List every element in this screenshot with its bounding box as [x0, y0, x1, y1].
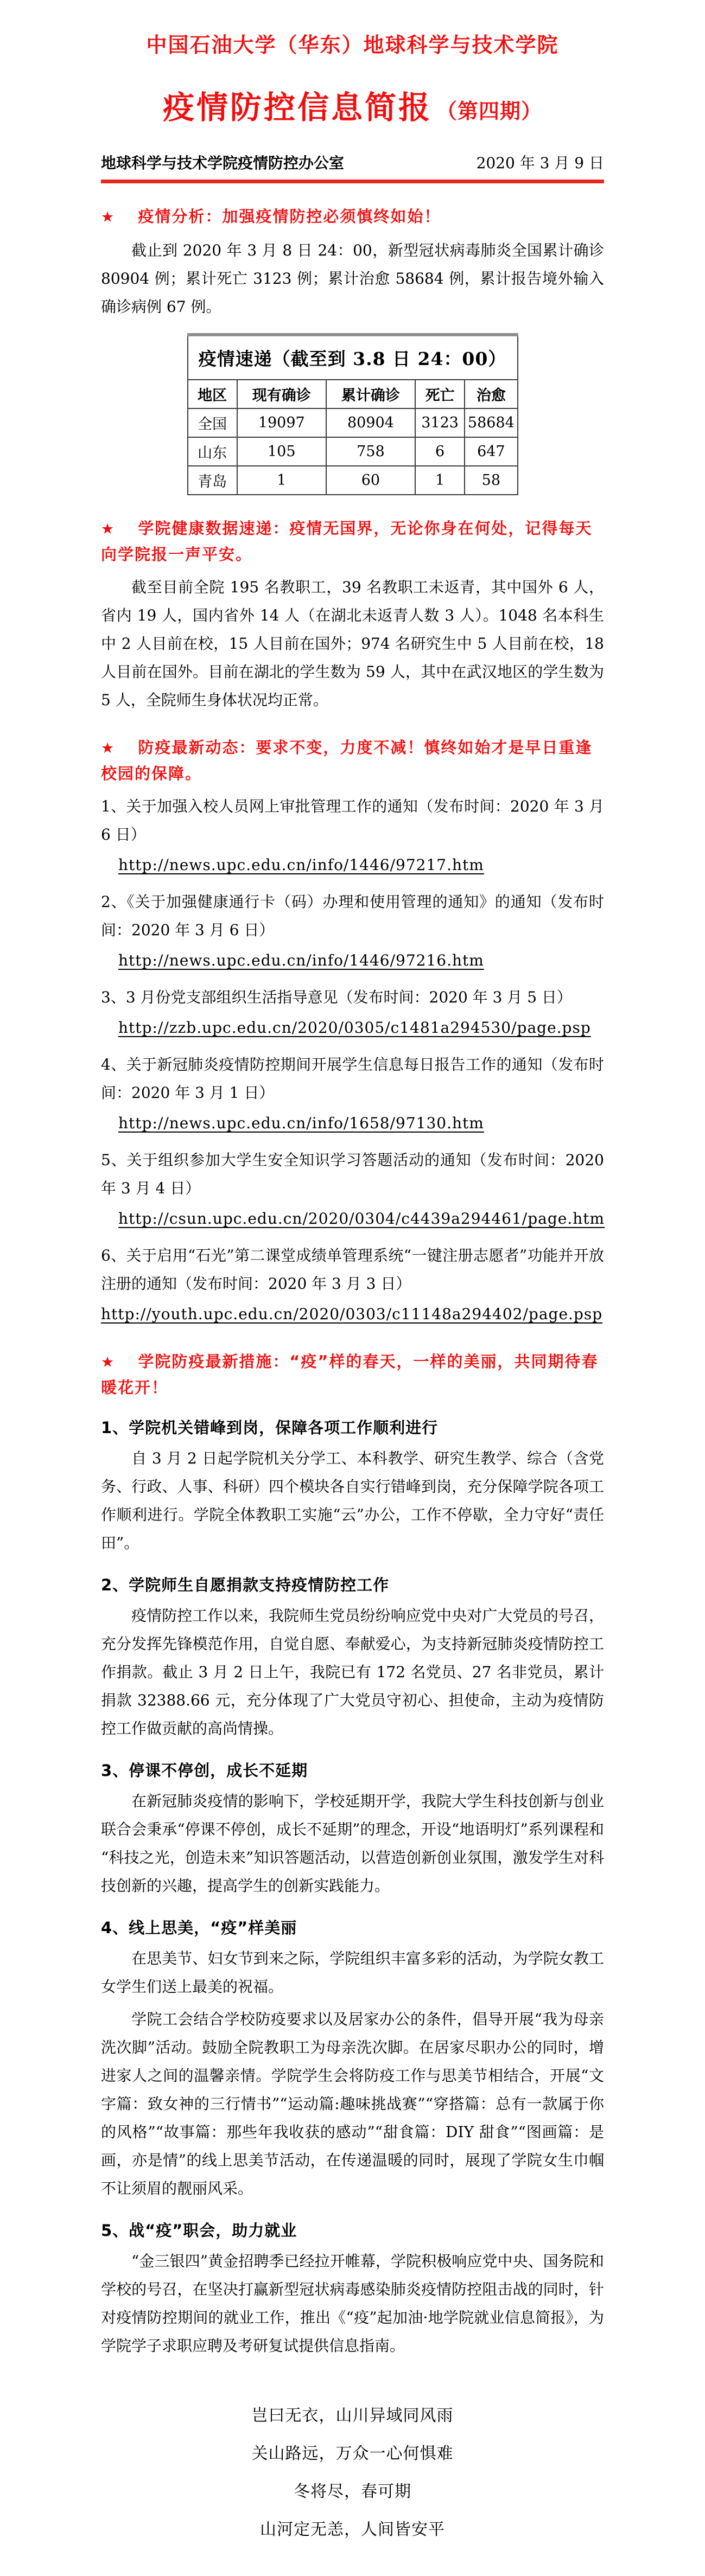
measure-paragraph: 在思美节、妇女节到来之际，学院组织丰富多彩的活动，为学院女教工女学生们送上最美的… — [101, 1945, 604, 2001]
issue-number: （第四期） — [436, 99, 542, 123]
notice-link[interactable]: http://news.upc.edu.cn/info/1446/97217.h… — [118, 856, 484, 874]
document-header: 中国石油大学（华东）地球科学与技术学院 疫情防控信息简报（第四期） 地球科学与技… — [101, 28, 604, 183]
poem-line: 关山路远，万众一心何惧难 — [101, 2440, 604, 2468]
col-header-active-cases: 现有确诊 — [237, 380, 326, 408]
table-row-shandong: 山东 105 758 6 647 — [188, 437, 518, 466]
analysis-paragraph: 截止到 2020 年 3 月 8 日 24：00，新型冠状病毒肺炎全国累计确诊 … — [101, 236, 604, 321]
poem-line: 山河定无恙，人间皆安平 — [101, 2516, 604, 2543]
notice-label: 4、关于新冠肺炎疫情防控期间开展学生信息每日报告工作的通知（发布时间：2020 … — [101, 1051, 604, 1107]
section-prevention-updates-title: 防疫最新动态：要求不变，力度不减！慎终如始才是早日重逢校园的保障。 — [101, 738, 592, 783]
measure-paragraph: 疫情防控工作以来，我院师生党员纷纷响应党中央对广大党员的号召，充分发挥先锋模范作… — [101, 1602, 604, 1743]
cell-cured: 58 — [465, 466, 517, 495]
notice-link[interactable]: http://news.upc.edu.cn/info/1446/97216.h… — [118, 951, 484, 969]
measure-heading: 5、战“疫”职会，助力就业 — [101, 2218, 604, 2243]
section-health-data: ★ 学院健康数据速递：疫情无国界，无论你身在何处，记得每天向学院报一声平安。 截… — [101, 516, 604, 714]
cell-region: 山东 — [188, 437, 237, 466]
epidemic-table-title: 疫情速递（截至到 3.8 日 24：00） — [188, 335, 518, 380]
cell-cumulative: 60 — [326, 466, 415, 495]
measure-paragraph: 自 3 月 2 日起学院机关分学工、本科教学、研究生教学、综合（含党务、行政、人… — [101, 1444, 604, 1557]
measure-item: 3、停课不停创，成长不延期 在新冠肺炎疫情的影响下，学校延期开学，我院大学生科技… — [101, 1758, 604, 1900]
epidemic-table: 疫情速递（截至到 3.8 日 24：00） 地区 现有确诊 累计确诊 死亡 治愈… — [187, 333, 518, 495]
measure-heading: 3、停课不停创，成长不延期 — [101, 1758, 604, 1783]
section-epidemic-analysis-title: 疫情分析：加强疫情防控必须慎终如始！ — [138, 207, 441, 226]
cell-deaths: 6 — [415, 437, 465, 466]
notice-label: 5、关于组织参加大学生安全知识学习答题活动的通知（发布时间：2020 年 3 月… — [101, 1146, 604, 1203]
section-college-measures-heading: ★ 学院防疫最新措施：“疫”样的春天，一样的美丽，共同期待春暖花开！ — [101, 1349, 604, 1400]
table-row-qingdao: 青岛 1 60 1 58 — [188, 466, 518, 495]
notice-link[interactable]: http://youth.upc.edu.cn/2020/0303/c11148… — [101, 1305, 602, 1323]
measure-paragraph: 学院工会结合学校防疫要求以及居家办公的条件，倡导开展“我为母亲洗次脚”活动。鼓励… — [101, 2005, 604, 2203]
cell-active: 19097 — [237, 408, 326, 437]
cell-cumulative: 80904 — [326, 408, 415, 437]
header-rule-divider — [101, 180, 604, 183]
cell-active: 1 — [237, 466, 326, 495]
poem-line: 岂曰无衣，山川异域同风雨 — [101, 2402, 604, 2430]
star-icon: ★ — [101, 209, 115, 226]
section-prevention-updates: ★ 防疫最新动态：要求不变，力度不减！慎终如始才是早日重逢校园的保障。 1、关于… — [101, 735, 604, 1328]
notice-item: 4、关于新冠肺炎疫情防控期间开展学生信息每日报告工作的通知（发布时间：2020 … — [101, 1051, 604, 1137]
notice-item: 5、关于组织参加大学生安全知识学习答题活动的通知（发布时间：2020 年 3 月… — [101, 1146, 604, 1233]
epidemic-table-header-row: 地区 现有确诊 累计确诊 死亡 治愈 — [188, 380, 518, 408]
notice-label: 3、3 月份党支部组织生活指导意见（发布时间：2020 年 3 月 5 日） — [101, 983, 604, 1012]
cell-deaths: 3123 — [415, 408, 465, 437]
measure-item: 4、线上思美，“疫”样美丽 在思美节、妇女节到来之际，学院组织丰富多彩的活动，为… — [101, 1915, 604, 2203]
health-paragraph: 截至目前全院 195 名教职工，39 名教职工未返青，其中国外 6 人，省内 1… — [101, 573, 604, 714]
university-title: 中国石油大学（华东）地球科学与技术学院 — [101, 28, 604, 58]
section-prevention-updates-heading: ★ 防疫最新动态：要求不变，力度不减！慎终如始才是早日重逢校园的保障。 — [101, 735, 604, 786]
section-college-measures-title: 学院防疫最新措施：“疫”样的春天，一样的美丽，共同期待春暖花开！ — [101, 1352, 598, 1397]
notice-item: 1、关于加强入校人员网上审批管理工作的通知（发布时间：2020 年 3 月 6 … — [101, 792, 604, 879]
notice-label: 6、关于启用“石光”第二课堂成绩单管理系统“一键注册志愿者”功能并开放注册的通知… — [101, 1242, 604, 1298]
poem-line: 冬将尽，春可期 — [101, 2478, 604, 2505]
star-icon: ★ — [101, 740, 115, 757]
notice-item: 2、《关于加强健康通行卡（码）办理和使用管理的通知》的通知（发布时间：2020 … — [101, 888, 604, 975]
cell-cured: 647 — [465, 437, 517, 466]
section-health-data-title: 学院健康数据速递：疫情无国界，无论你身在何处，记得每天向学院报一声平安。 — [101, 519, 592, 564]
cell-active: 105 — [237, 437, 326, 466]
section-health-data-heading: ★ 学院健康数据速递：疫情无国界，无论你身在何处，记得每天向学院报一声平安。 — [101, 516, 604, 567]
measure-heading: 1、学院机关错峰到岗，保障各项工作顺利进行 — [101, 1415, 604, 1440]
section-epidemic-analysis-heading: ★ 疫情分析：加强疫情防控必须慎终如始！ — [101, 204, 604, 230]
notice-label: 2、《关于加强健康通行卡（码）办理和使用管理的通知》的通知（发布时间：2020 … — [101, 888, 604, 944]
col-header-cured: 治愈 — [465, 380, 517, 408]
measure-item: 2、学院师生自愿捐款支持疫情防控工作 疫情防控工作以来，我院师生党员纷纷响应党中… — [101, 1573, 604, 1743]
star-icon: ★ — [101, 521, 115, 538]
col-header-region: 地区 — [188, 380, 237, 408]
col-header-cumulative-cases: 累计确诊 — [326, 380, 415, 408]
closing-poem: 岂曰无衣，山川异域同风雨 关山路远，万众一心何惧难 冬将尽，春可期 山河定无恙，… — [101, 2402, 604, 2543]
star-icon: ★ — [101, 1354, 115, 1371]
notice-item: 6、关于启用“石光”第二课堂成绩单管理系统“一键注册志愿者”功能并开放注册的通知… — [101, 1242, 604, 1328]
cell-cured: 58684 — [465, 408, 517, 437]
measure-heading: 4、线上思美，“疫”样美丽 — [101, 1915, 604, 1940]
office-name: 地球科学与技术学院疫情防控办公室 — [101, 151, 344, 173]
section-epidemic-analysis: ★ 疫情分析：加强疫情防控必须慎终如始！ 截止到 2020 年 3 月 8 日 … — [101, 204, 604, 495]
bulletin-title-row: 疫情防控信息简报（第四期） — [101, 82, 604, 127]
epidemic-table-title-row: 疫情速递（截至到 3.8 日 24：00） — [188, 335, 518, 380]
measure-paragraph: 在新冠肺炎疫情的影响下，学校延期开学，我院大学生科技创新与创业联合会秉承“停课不… — [101, 1787, 604, 1900]
cell-region: 青岛 — [188, 466, 237, 495]
measure-paragraph: “金三银四”黄金招聘季已经拉开帷幕，学院积极响应党中央、国务院和学校的号召，在坚… — [101, 2247, 604, 2360]
cell-deaths: 1 — [415, 466, 465, 495]
section-college-measures: ★ 学院防疫最新措施：“疫”样的春天，一样的美丽，共同期待春暖花开！ 1、学院机… — [101, 1349, 604, 2360]
cell-region: 全国 — [188, 408, 237, 437]
bulletin-title: 疫情防控信息简报 — [163, 89, 432, 126]
document-page: 中国石油大学（华东）地球科学与技术学院 疫情防控信息简报（第四期） 地球科学与技… — [0, 0, 705, 2576]
measure-item: 1、学院机关错峰到岗，保障各项工作顺利进行 自 3 月 2 日起学院机关分学工、… — [101, 1415, 604, 1557]
notice-item: 3、3 月份党支部组织生活指导意见（发布时间：2020 年 3 月 5 日） h… — [101, 983, 604, 1042]
measure-heading: 2、学院师生自愿捐款支持疫情防控工作 — [101, 1573, 604, 1597]
measure-item: 5、战“疫”职会，助力就业 “金三银四”黄金招聘季已经拉开帷幕，学院积极响应党中… — [101, 2218, 604, 2360]
header-meta-row: 地球科学与技术学院疫情防控办公室 2020 年 3 月 9 日 — [101, 151, 604, 173]
notice-link[interactable]: http://csun.upc.edu.cn/2020/0304/c4439a2… — [118, 1210, 605, 1228]
notice-link[interactable]: http://news.upc.edu.cn/info/1658/97130.h… — [118, 1114, 484, 1132]
table-row-national: 全国 19097 80904 3123 58684 — [188, 408, 518, 437]
publish-date: 2020 年 3 月 9 日 — [477, 151, 604, 173]
notice-label: 1、关于加强入校人员网上审批管理工作的通知（发布时间：2020 年 3 月 6 … — [101, 792, 604, 849]
notice-link[interactable]: http://zzb.upc.edu.cn/2020/0305/c1481a29… — [118, 1019, 591, 1037]
col-header-deaths: 死亡 — [415, 380, 465, 408]
cell-cumulative: 758 — [326, 437, 415, 466]
